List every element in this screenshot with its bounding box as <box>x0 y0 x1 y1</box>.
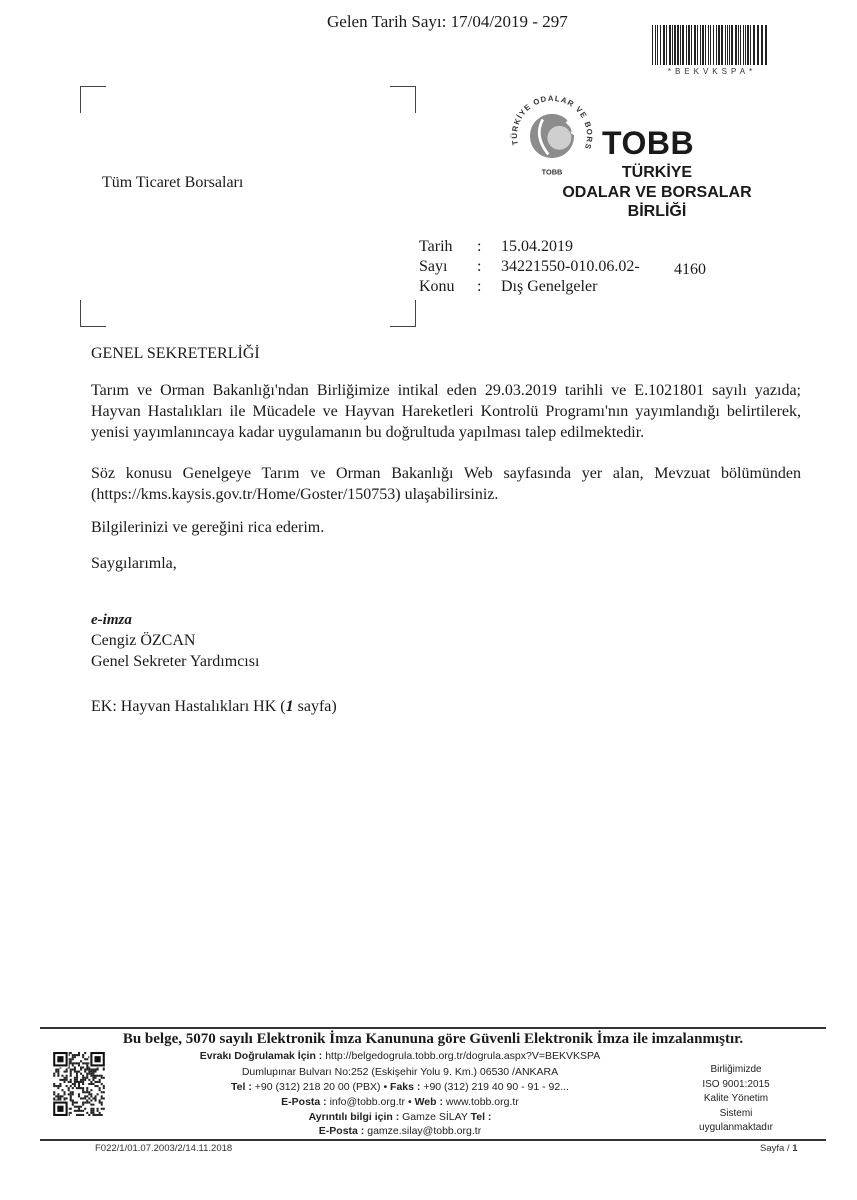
barcode-bar <box>652 25 653 65</box>
barcode-bar <box>740 25 741 65</box>
page-number-value: 1 <box>792 1143 797 1154</box>
signer-name: Cengiz ÖZCAN <box>91 632 195 650</box>
email-web-line: E-Posta : info@tobb.org.tr • Web : www.t… <box>180 1096 620 1108</box>
barcode-bar <box>708 25 709 65</box>
meta-date-label: Tarih <box>419 238 477 256</box>
barcode-bar <box>747 25 749 65</box>
barcode-bar <box>680 25 681 65</box>
barcode-bar <box>731 25 733 65</box>
meta-number-suffix: 4160 <box>674 261 706 279</box>
barcode-bar <box>702 25 704 65</box>
barcode-bar <box>691 25 692 65</box>
barcode-bar <box>700 25 701 65</box>
barcode-bar <box>738 25 739 65</box>
web-label: Web : <box>415 1096 443 1108</box>
footer-divider-bottom <box>40 1139 826 1141</box>
attachment-suffix: sayfa) <box>294 698 337 715</box>
barcode-bar <box>750 25 751 65</box>
form-code: F022/1/01.07.2003/2/14.11.2018 <box>95 1143 232 1154</box>
barcode-bar <box>657 25 658 65</box>
meta-separator: : <box>477 238 501 256</box>
body-paragraph-3: Bilgilerinizi ve gereğini rica ederim. <box>91 517 801 538</box>
barcode-bar <box>688 25 690 65</box>
phone-fax-line: Tel : +90 (312) 218 20 00 (PBX) • Faks :… <box>180 1081 620 1093</box>
barcode-text: *BEKVKSPA* <box>650 67 774 76</box>
logo-acronym: TOBB <box>602 125 694 162</box>
iso-line: Kalite Yönetim <box>676 1092 796 1107</box>
barcode-bar <box>660 25 661 65</box>
contact-line: Ayrıntılı bilgi için : Gamze SİLAY Tel : <box>180 1111 620 1123</box>
attachment-note: EK: Hayvan Hastalıkları HK (1 sayfa) <box>91 698 337 716</box>
barcode-bar <box>705 25 706 65</box>
meta-date-value: 15.04.2019 <box>501 238 573 256</box>
barcode-bar <box>686 25 687 65</box>
barcode-bar <box>697 25 698 65</box>
meta-subject-value: Dış Genelgeler <box>501 278 597 296</box>
contact-email-label: E-Posta : <box>319 1125 365 1137</box>
e-signature-notice: Bu belge, 5070 sayılı Elektronik İmza Ka… <box>40 1031 826 1048</box>
barcode-bar <box>729 25 730 65</box>
barcode-bar <box>761 25 763 65</box>
meta-subject-label: Konu <box>419 278 477 296</box>
barcode-bar <box>672 25 673 65</box>
iso-line: Sistemi <box>676 1107 796 1122</box>
barcode-bar <box>713 25 714 65</box>
iso-line: Birliğimizde <box>676 1063 796 1078</box>
barcode-bar <box>725 25 726 65</box>
barcode-bar <box>655 25 656 65</box>
qr-code-icon <box>53 1052 105 1116</box>
barcode-bar <box>682 25 684 65</box>
fax-value: +90 (312) 219 40 90 - 91 - 92... <box>420 1081 569 1093</box>
barcode-bar <box>765 25 767 65</box>
address-corner-bottom-left <box>80 300 106 327</box>
body-paragraph-2: Söz konusu Genelgeye Tarım ve Orman Baka… <box>91 463 801 505</box>
email-label: E-Posta : <box>281 1096 327 1108</box>
meta-date-row: Tarih : 15.04.2019 <box>419 238 573 256</box>
barcode-bar <box>663 25 665 65</box>
barcode-bar <box>669 25 671 65</box>
barcode-bar <box>745 25 746 65</box>
logo-line-3: BİRLİĞİ <box>542 203 772 221</box>
recipient: Tüm Ticaret Borsaları <box>102 174 243 192</box>
address-corner-top-left <box>80 86 106 113</box>
address-corner-bottom-right <box>390 300 416 327</box>
logo-line-2: ODALAR VE BORSALAR <box>542 184 772 202</box>
footer-divider-top <box>40 1027 826 1029</box>
verify-line: Evrakı Doğrulamak İçin : http://belgedog… <box>180 1050 620 1062</box>
web-value[interactable]: www.tobb.org.tr <box>443 1096 519 1108</box>
barcode-bar <box>716 25 717 65</box>
tel-value: +90 (312) 218 20 00 (PBX) • <box>252 1081 390 1093</box>
barcode-bar <box>677 25 679 65</box>
barcode-bar <box>721 25 723 65</box>
verify-label: Evrakı Doğrulamak İçin : <box>200 1050 323 1062</box>
meta-number-label: Sayı <box>419 258 477 276</box>
page-number: Sayfa / 1 <box>760 1143 798 1154</box>
page-label: Sayfa / <box>760 1143 792 1154</box>
tel-label: Tel : <box>231 1081 252 1093</box>
barcode-bar <box>757 25 759 65</box>
meta-number-row: Sayı : 34221550-010.06.02- 4160 <box>419 258 640 276</box>
iso-line: uygulanmaktadır <box>676 1121 796 1136</box>
contact-name: Gamze SİLAY <box>399 1111 470 1123</box>
barcode-icon <box>652 25 770 65</box>
meta-number-value: 34221550-010.06.02- <box>501 258 640 276</box>
address-corner-top-right <box>390 86 416 113</box>
body-paragraph-1: Tarım ve Orman Bakanlığı'ndan Birliğimiz… <box>91 380 801 443</box>
logo-line-1: TÜRKİYE <box>542 164 772 182</box>
barcode-bar <box>735 25 737 65</box>
meta-subject-row: Konu : Dış Genelgeler <box>419 278 597 296</box>
attachment-page-count: 1 <box>286 698 294 715</box>
e-signature-mark: e-imza <box>91 612 132 629</box>
contact-label: Ayrıntılı bilgi için : <box>309 1111 400 1123</box>
incoming-stamp: Gelen Tarih Sayı: 17/04/2019 - 297 <box>327 12 568 32</box>
email-value[interactable]: info@tobb.org.tr • <box>327 1096 415 1108</box>
barcode-bar <box>727 25 728 65</box>
department-heading: GENEL SEKRETERLİĞİ <box>91 345 260 363</box>
fax-label: Faks : <box>390 1081 420 1093</box>
barcode-bar <box>718 25 720 65</box>
contact-tel-label: Tel : <box>471 1111 492 1123</box>
barcode-bar <box>753 25 755 65</box>
contact-email-line: E-Posta : gamze.silay@tobb.org.tr <box>180 1125 620 1137</box>
meta-separator: : <box>477 258 501 276</box>
iso-line: ISO 9001:2015 <box>676 1078 796 1093</box>
barcode-bar <box>666 25 667 65</box>
barcode-bar <box>710 25 711 65</box>
meta-separator: : <box>477 278 501 296</box>
barcode-bar <box>694 25 696 65</box>
barcode-bar <box>674 25 676 65</box>
barcode-bar <box>743 25 744 65</box>
signer-title: Genel Sekreter Yardımcısı <box>91 653 259 671</box>
verify-url[interactable]: http://belgedogrula.tobb.org.tr/dogrula.… <box>322 1050 600 1062</box>
attachment-prefix: EK: Hayvan Hastalıkları HK ( <box>91 698 286 715</box>
address-line: Dumlupınar Bulvarı No:252 (Eskişehir Yol… <box>180 1066 620 1078</box>
contact-email-value[interactable]: gamze.silay@tobb.org.tr <box>364 1125 481 1137</box>
closing-salutation: Saygılarımla, <box>91 553 801 574</box>
iso-certification-note: Birliğimizde ISO 9001:2015 Kalite Yöneti… <box>676 1063 796 1136</box>
